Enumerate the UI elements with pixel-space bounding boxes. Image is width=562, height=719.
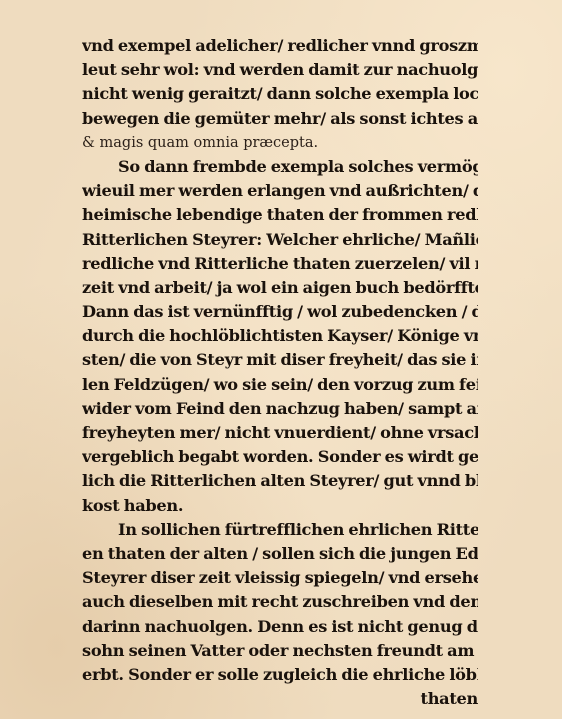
- text-line: Dann das ist vernünfftig / wol zubedenck…: [82, 300, 478, 324]
- paragraph-start-line: So dann frembde exempla solches vermögen…: [82, 155, 478, 179]
- text-line: heimische lebendige thaten der frommen r…: [82, 203, 478, 227]
- text-line: Steyrer diser zeit vleissig spiegeln/ vn…: [82, 566, 478, 590]
- book-page: vnd exempel adelicher/ redlicher vnnd gr…: [0, 0, 562, 719]
- text-line: wieuil mer werden erlangen vnd außrichte…: [82, 179, 478, 203]
- latin-quote-line: & magis quam omnia præcepta.: [82, 131, 478, 155]
- paragraph-start-line: In sollichen fürtrefflichen ehrlichen Ri…: [82, 518, 478, 542]
- text-line: auch dieselben mit recht zuschreiben vnd…: [82, 590, 478, 614]
- page-text-block: vnd exempel adelicher/ redlicher vnnd gr…: [82, 34, 478, 711]
- text-line: nicht wenig geraitzt/ dann solche exempl…: [82, 82, 478, 106]
- text-line: erbt. Sonder er solle zugleich die ehrli…: [82, 663, 478, 687]
- catchword: thaten: [82, 687, 478, 711]
- text-line: vnd exempel adelicher/ redlicher vnnd gr…: [82, 34, 478, 58]
- text-line: bewegen die gemüter mehr/ als sonst icht…: [82, 107, 478, 131]
- text-line: len Feldzügen/ wo sie sein/ den vorzug z…: [82, 373, 478, 397]
- text-line: darinn nachuolgen. Denn es ist nicht gen…: [82, 615, 478, 639]
- text-line: en thaten der alten / sollen sich die ju…: [82, 542, 478, 566]
- text-line: durch die hochlöblichtisten Kayser/ Köni…: [82, 324, 478, 348]
- text-line: leut sehr wol: vnd werden damit zur nach…: [82, 58, 478, 82]
- text-line: vergeblich begabt worden. Sonder es wird…: [82, 445, 478, 469]
- text-line: Ritterlichen Steyrer: Welcher ehrliche/ …: [82, 228, 478, 252]
- text-line: zeit vnd arbeit/ ja wol ein aigen buch b…: [82, 276, 478, 300]
- paragraph-end-line: kost haben.: [82, 494, 478, 518]
- text-line: sten/ die von Steyr mit diser freyheit/ …: [82, 348, 478, 372]
- text-line: freyheyten mer/ nicht vnuerdient/ ohne v…: [82, 421, 478, 445]
- text-line: sohn seinen Vatter oder nechsten freundt…: [82, 639, 478, 663]
- text-line: lich die Ritterlichen alten Steyrer/ gut…: [82, 469, 478, 493]
- text-line: redliche vnd Ritterliche thaten zuerzele…: [82, 252, 478, 276]
- text-line: wider vom Feind den nachzug haben/ sampt…: [82, 397, 478, 421]
